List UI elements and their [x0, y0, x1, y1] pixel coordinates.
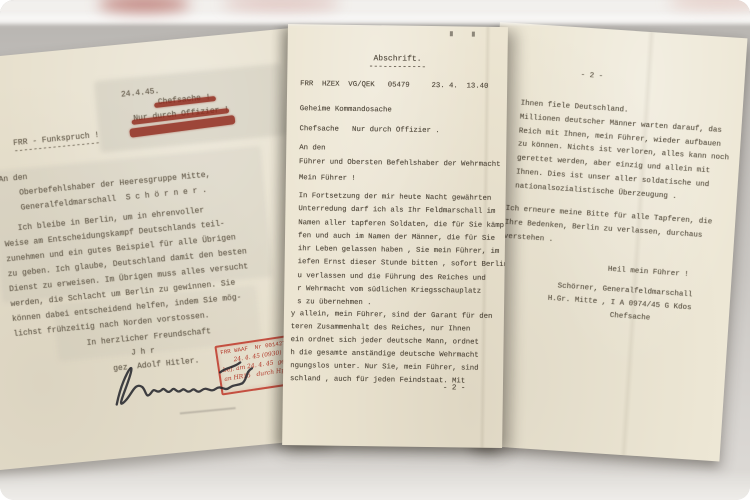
middle-page-title-underline: ------------: [287, 61, 507, 73]
right-page-paragraph-2: Ich erneure meine Bitte für alle Tapfere…: [503, 203, 712, 258]
photo-of-documents: 24.4.45. FRR - Funkspruch ! ------------…: [0, 0, 750, 500]
middle-page-recipient: An den Führer und Obersten Befehlshaber …: [299, 142, 501, 172]
middle-page-salutation: Mein Führer !: [299, 174, 356, 183]
blurred-background-top-light: [0, 13, 750, 24]
middle-page-paragraph-1: In Fortsetzung der mir heute Nacht gewäh…: [297, 190, 508, 313]
middle-page-paragraph-2: y allein, mein Führer, sind der Garant f…: [290, 308, 493, 389]
left-page-body: Ich bleibe in Berlin, um in ehrenvoller …: [3, 200, 253, 342]
typed-mark: [472, 32, 475, 37]
right-page-paragraph-1: Ihnen fiele Deutschland. Millionen deuts…: [515, 98, 732, 208]
right-page-number: - 2 -: [580, 71, 603, 80]
middle-page-handling-line: Chefsache Nur durch Offizier .: [299, 125, 439, 135]
blurred-foreground-bottom: [0, 470, 750, 500]
left-document-page: 24.4.45. FRR - Funkspruch ! ------------…: [0, 28, 329, 472]
middle-page-secrecy-line: Geheime Kommandosache: [300, 105, 392, 114]
middle-page-number: - 2 -: [443, 384, 466, 392]
typed-mark: [450, 31, 453, 36]
right-page-closing: Heil mein Führer !: [608, 266, 689, 279]
right-document-page: - 2 - Ihnen fiele Deutschland. Millionen…: [472, 22, 748, 462]
right-page-signature-block: Schörner, Generalfeldmarschall H.Gr. Mit…: [546, 280, 692, 328]
middle-document-page: Abschrift. ------------ FRR HZEX VG/QEK …: [282, 24, 508, 448]
middle-page-reference-line: FRR HZEX VG/QEK 05479 23. 4. 13.40: [300, 80, 488, 91]
